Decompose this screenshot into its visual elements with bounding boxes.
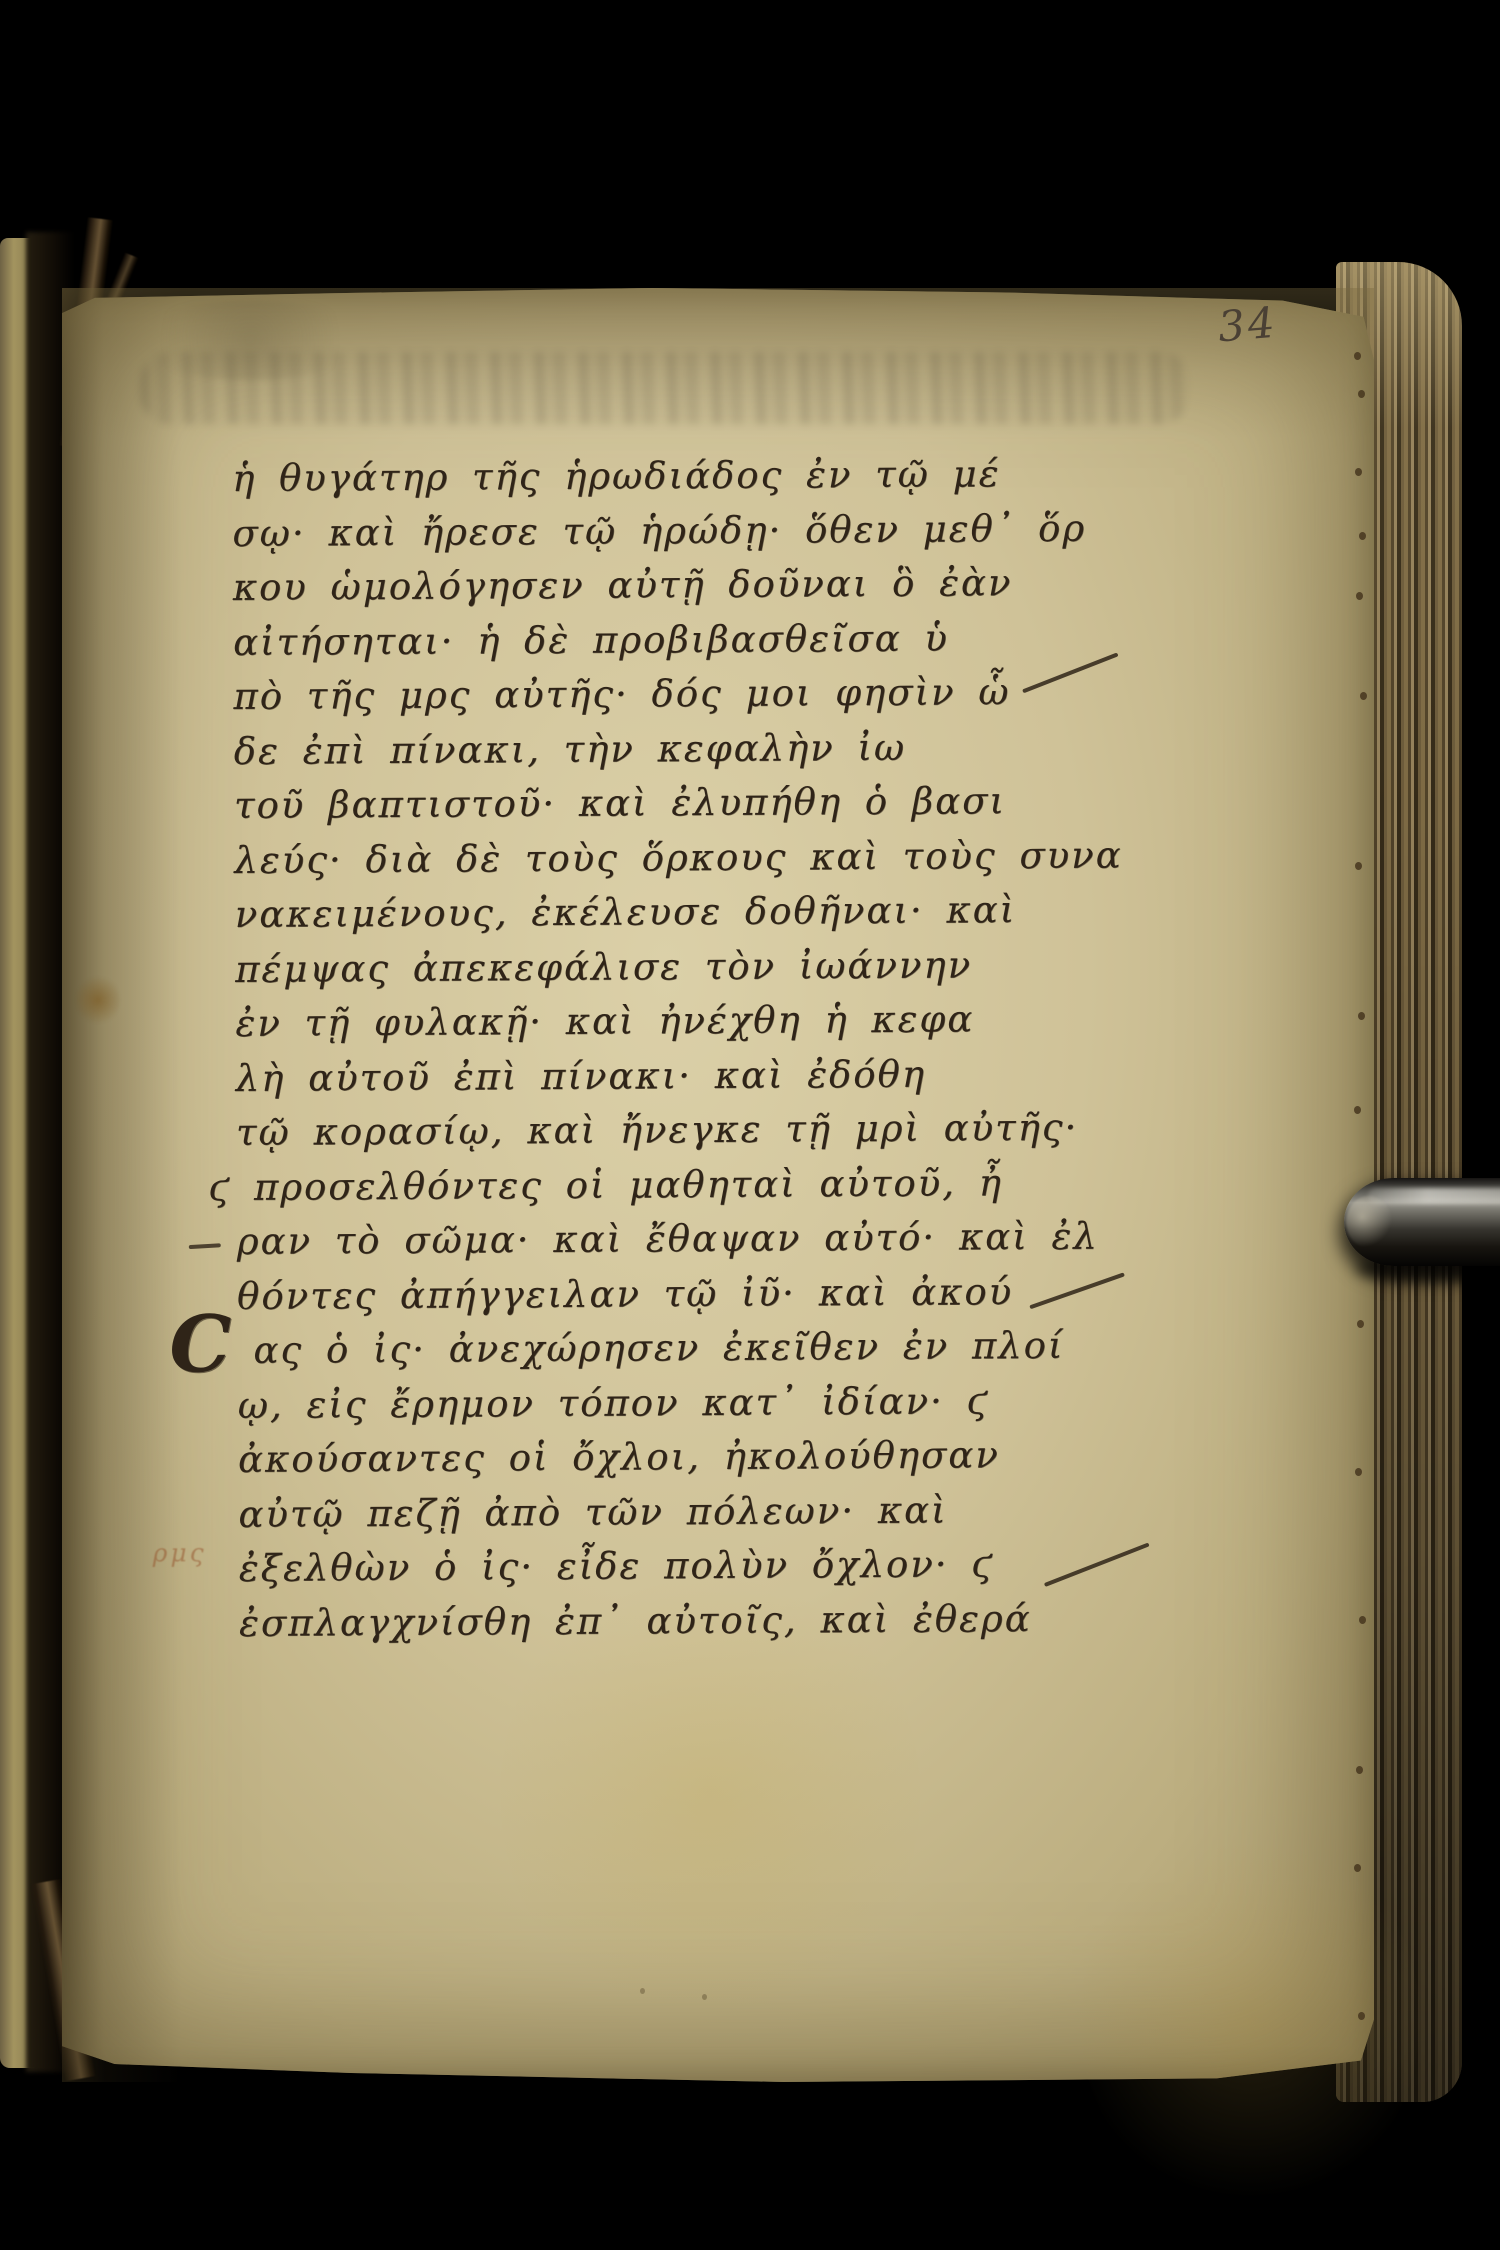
wormhole-dot <box>702 1994 707 2000</box>
wormhole-dot <box>1358 1012 1365 1020</box>
text-line-6: δε ἐπὶ πίνακι, τὴν κεφαλὴν ἰω <box>234 721 907 779</box>
wormhole-dot <box>1354 1106 1361 1114</box>
text-line-21: ἐξελθὼν ὁ ἰς· εἶδε πολὺν ὄχλον· ϛ <box>239 1537 995 1596</box>
text-line-20: αὐτῷ πεζῇ ἀπὸ τῶν πόλεων· καὶ <box>238 1484 947 1542</box>
wormhole-dot <box>1355 468 1362 476</box>
text-line-10: πέμψας ἀπεκεφάλισε τὸν ἰωάννην <box>235 938 972 997</box>
enlarged-initial-letter: Ϲ <box>169 1306 232 1384</box>
rod-highlight <box>1368 1188 1500 1204</box>
wormhole-dot <box>1360 692 1367 700</box>
text-line-19: ἀκούσαντες οἱ ὄχλοι, ἠκολούθησαν <box>238 1428 1000 1487</box>
text-line-1: ἡ θυγάτηρ τῆς ἡρωδιάδος ἐν τῷ μέ <box>232 447 1001 506</box>
wormhole-dot <box>1355 1468 1362 1476</box>
text-line-13: τῷ κορασίῳ, καὶ ἤνεγκε τῇ μρὶ αὐτῆς· <box>236 1101 1079 1160</box>
text-line-7: τοῦ βαπτιστοῦ· καὶ ἐλυπήθη ὁ βασι <box>234 774 1006 833</box>
text-line-4: αἰτήσηται· ἡ δὲ προβιβασθεῖσα ὑ <box>233 612 949 670</box>
text-line-22: ἐσπλαγχνίσθη ἐπ᾽ αὐτοῖς, καὶ ἐθερά <box>239 1592 1032 1651</box>
text-line-12: λὴ αὐτοῦ ἐπὶ πίνακι· καὶ ἐδόθη <box>236 1048 927 1106</box>
wormhole-dot <box>1354 1864 1361 1872</box>
wormhole-dot <box>1356 1766 1363 1774</box>
text-line-3: κου ὡμολόγησεν αὐτῇ δοῦναι ὃ ἐὰν <box>233 556 1013 615</box>
wormhole-dot <box>1358 2012 1365 2020</box>
text-line-15: ραν τὸ σῶμα· καὶ ἔθαψαν αὐτό· καὶ ἐλ <box>237 1210 1099 1269</box>
text-line-11: ἐν τῇ φυλακῇ· καὶ ἠνέχθη ἡ κεφα <box>235 992 974 1051</box>
wormhole-dot <box>1356 592 1363 600</box>
rod-tip-glare <box>1346 1196 1392 1248</box>
text-line-5: πὸ τῆς μρς αὐτῆς· δός μοι φησὶν ὧ <box>233 665 1010 724</box>
text-line-9: νακειμένους, ἐκέλευσε δοθῆναι· καὶ <box>235 883 1017 942</box>
glass-page-weight-rod <box>1344 1178 1500 1266</box>
text-line-14: ϛ προσελθόντες οἱ μαθηταὶ αὐτοῦ, ἦ <box>208 1156 1003 1215</box>
faded-red-margin-note: ρμς <box>153 1538 207 1567</box>
wormhole-dot <box>1355 862 1362 870</box>
text-line-18: ῳ, εἰς ἔρημον τόπον κατ᾽ ἰδίαν· ϛ <box>238 1374 990 1433</box>
wormhole-dot <box>1357 1320 1364 1328</box>
wormhole-dot <box>640 1988 645 1994</box>
text-line-8: λεύς· διὰ δὲ τοὺς ὅρκους καὶ τοὺς συνα <box>234 829 1123 888</box>
folio-page-number: 34 <box>1216 298 1279 352</box>
manuscript-photo: 34 Ϲ ρμς ἡ θυγάτηρ τῆς ἡρωδιάδος ἐν τῷ μ… <box>0 0 1500 2250</box>
wormhole-dot <box>1354 352 1361 360</box>
wormhole-dot <box>1359 1616 1366 1624</box>
text-line-2: σῳ· καὶ ἤρεσε τῷ ἡρώδῃ· ὅθεν μεθ᾽ ὅρ <box>232 502 1086 561</box>
wormhole-dot <box>1358 390 1365 398</box>
text-line-17: ας ὁ ἰς· ἀνεχώρησεν ἐκεῖθεν ἐν πλοί <box>253 1319 1064 1378</box>
wormhole-dot <box>1359 532 1366 540</box>
text-line-16: θόντες ἀπήγγειλαν τῷ ἰῦ· καὶ ἀκού <box>237 1265 1013 1324</box>
